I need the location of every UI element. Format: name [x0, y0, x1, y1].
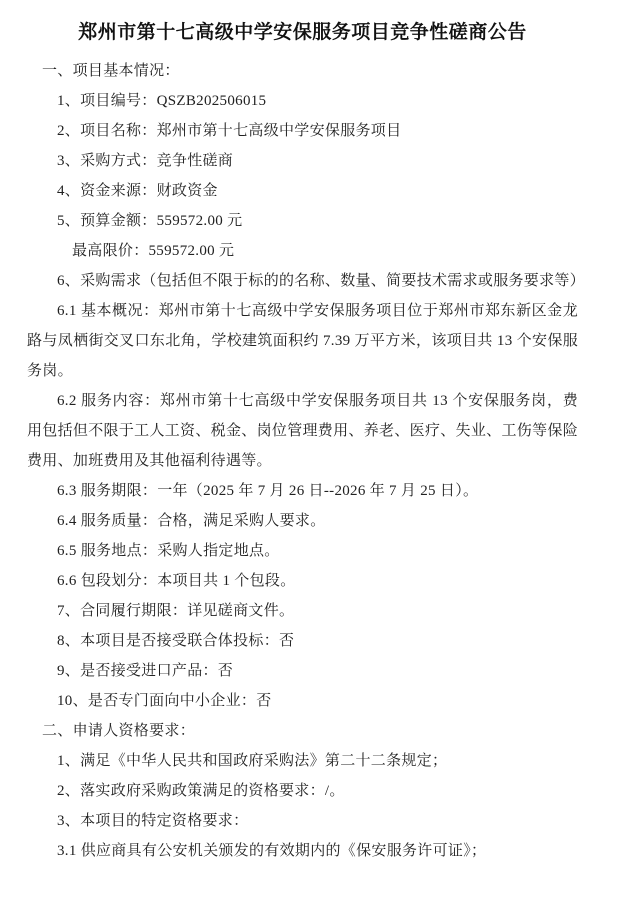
item-project-name: 2、项目名称：郑州市第十七高级中学安保服务项目 — [27, 116, 578, 146]
item-consortium-bidding: 8、本项目是否接受联合体投标：否 — [27, 626, 578, 656]
item-service-location: 6.5 服务地点：采购人指定地点。 — [27, 536, 578, 566]
item-qualification-license: 3.1 供应商具有公安机关颁发的有效期内的《保安服务许可证》； — [27, 836, 578, 866]
item-contract-period: 7、合同履行期限：详见磋商文件。 — [27, 596, 578, 626]
item-basic-overview: 6.1 基本概况：郑州市第十七高级中学安保服务项目位于郑州市郑东新区金龙路与凤栖… — [27, 296, 578, 386]
item-service-period: 6.3 服务期限：一年（2025 年 7 月 26 日--2026 年 7 月 … — [27, 476, 578, 506]
section-2-heading: 二、申请人资格要求： — [27, 716, 578, 746]
item-imported-products: 9、是否接受进口产品：否 — [27, 656, 578, 686]
item-service-quality: 6.4 服务质量：合格，满足采购人要求。 — [27, 506, 578, 536]
document-title: 郑州市第十七高级中学安保服务项目竞争性磋商公告 — [27, 16, 578, 50]
item-qualification-specific: 3、本项目的特定资格要求： — [27, 806, 578, 836]
item-procurement-method: 3、采购方式：竞争性磋商 — [27, 146, 578, 176]
item-qualification-policy: 2、落实政府采购政策满足的资格要求：/。 — [27, 776, 578, 806]
item-max-price: 最高限价：559572.00 元 — [27, 236, 578, 266]
item-funding-source: 4、资金来源：财政资金 — [27, 176, 578, 206]
item-qualification-law: 1、满足《中华人民共和国政府采购法》第二十二条规定； — [27, 746, 578, 776]
item-sme-oriented: 10、是否专门面向中小企业：否 — [27, 686, 578, 716]
section-1-heading: 一、项目基本情况： — [27, 56, 578, 86]
item-service-content: 6.2 服务内容：郑州市第十七高级中学安保服务项目共 13 个安保服务岗，费用包… — [27, 386, 578, 476]
item-package-division: 6.6 包段划分：本项目共 1 个包段。 — [27, 566, 578, 596]
document-page: 郑州市第十七高级中学安保服务项目竞争性磋商公告 一、项目基本情况： 1、项目编号… — [0, 0, 622, 917]
item-project-number: 1、项目编号：QSZB202506015 — [27, 86, 578, 116]
item-procurement-requirements: 6、采购需求（包括但不限于标的的名称、数量、简要技术需求或服务要求等） — [27, 266, 578, 296]
item-budget-amount: 5、预算金额：559572.00 元 — [27, 206, 578, 236]
